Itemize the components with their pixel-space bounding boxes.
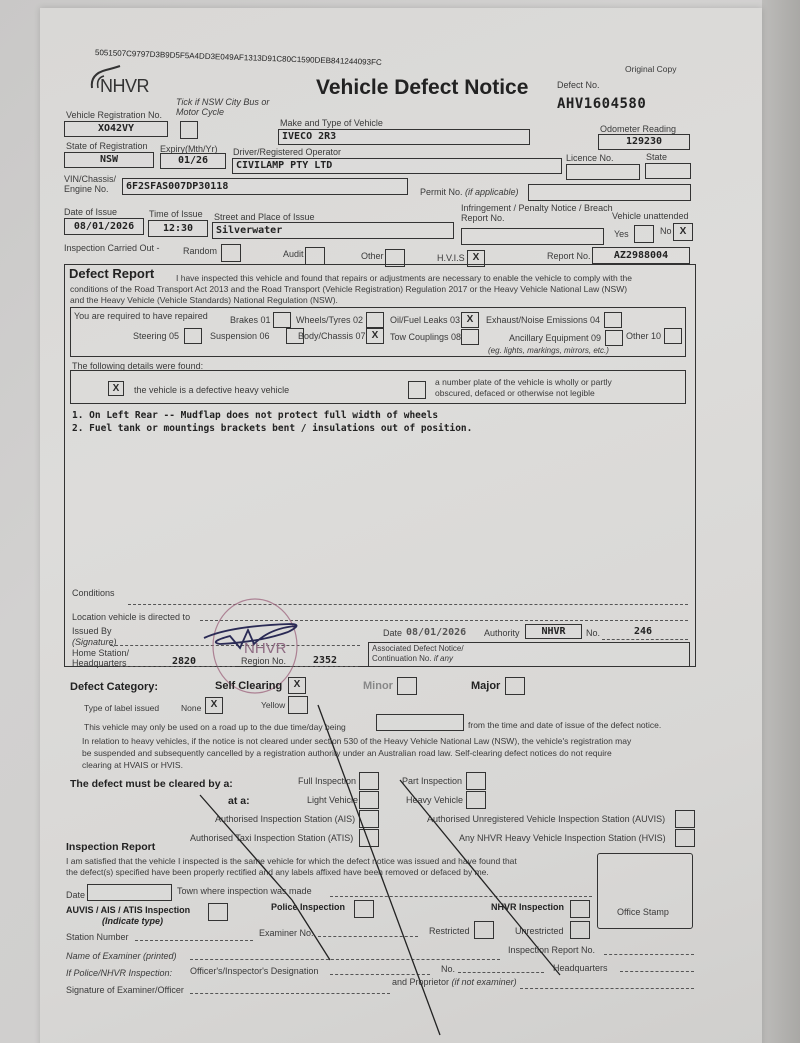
city-bus-checkbox[interactable] bbox=[180, 121, 198, 139]
police-inspection-label: Police Inspection bbox=[271, 902, 345, 912]
due-time-field[interactable] bbox=[376, 714, 464, 731]
self-clearing-label: Self Clearing bbox=[215, 680, 282, 692]
reg-field[interactable]: XO42VY bbox=[64, 121, 168, 137]
reg-label: Vehicle Registration No. bbox=[66, 110, 162, 120]
proprietor-line bbox=[520, 988, 694, 989]
repair-item-checkbox[interactable] bbox=[664, 328, 682, 344]
repair-item-label: Brakes 01 bbox=[230, 315, 271, 325]
defective-vehicle-label: the vehicle is a defective heavy vehicle bbox=[134, 385, 289, 395]
expiry-value: 01/26 bbox=[161, 154, 225, 168]
copy-label: Original Copy bbox=[625, 64, 677, 74]
repair-item-label: Body/Chassis 07 bbox=[298, 331, 366, 341]
hvis-station-checkbox[interactable] bbox=[675, 829, 695, 847]
licence-label: Licence No. bbox=[566, 153, 614, 163]
heavy-vehicle-label: Heavy Vehicle bbox=[406, 795, 463, 805]
due-text-2: from the time and date of issue of the d… bbox=[468, 720, 661, 730]
auvis-label: Authorised Unregistered Vehicle Inspecti… bbox=[427, 814, 665, 824]
time-issue-field[interactable]: 12:30 bbox=[148, 220, 208, 237]
inspection-label: Inspection Carried Out - bbox=[64, 243, 160, 253]
examiner-no-line bbox=[318, 936, 418, 937]
number-plate-label-2: obscured, defaced or otherwise not legib… bbox=[435, 388, 595, 398]
defect-no: AHV1604580 bbox=[557, 96, 646, 112]
inspection-report-title: Inspection Report bbox=[66, 841, 155, 853]
none-checkbox[interactable]: X bbox=[205, 697, 223, 714]
defective-vehicle-checkbox[interactable]: X bbox=[108, 381, 124, 396]
audit-label: Audit bbox=[283, 249, 304, 259]
assoc-notice-label-2: Continuation No. if any bbox=[372, 654, 453, 663]
time-issue-value: 12:30 bbox=[149, 221, 207, 236]
unrestricted-checkbox[interactable] bbox=[570, 921, 590, 939]
date-value: 08/01/2026 bbox=[406, 627, 466, 638]
unrestricted-label: Unrestricted bbox=[515, 926, 564, 936]
examiner-name-line bbox=[190, 959, 500, 960]
repair-item-checkbox[interactable] bbox=[604, 312, 622, 328]
headquarters-label: Headquarters bbox=[553, 963, 608, 973]
designation-label: Officer's/Inspector's Designation bbox=[190, 966, 318, 976]
repair-item-label: Oil/Fuel Leaks 03 bbox=[390, 315, 460, 325]
repair-item-checkbox[interactable]: X bbox=[366, 328, 384, 344]
hvis-label: H.V.I.S bbox=[437, 253, 465, 263]
driver-label: Driver/Registered Operator bbox=[233, 147, 341, 157]
number-plate-label-1: a number plate of the vehicle is wholly … bbox=[435, 377, 612, 387]
ancillary-note: (eg. lights, markings, mirrors, etc.) bbox=[488, 346, 609, 355]
number-plate-checkbox[interactable] bbox=[408, 381, 426, 399]
defect-intro-3: and the Heavy Vehicle (Vehicle Standards… bbox=[70, 295, 338, 305]
headquarters-line bbox=[620, 971, 694, 972]
issued-by-label: Issued By bbox=[72, 626, 112, 636]
random-checkbox[interactable] bbox=[221, 244, 241, 262]
full-inspection-label: Full Inspection bbox=[298, 776, 356, 786]
state-label: State bbox=[646, 152, 667, 162]
expiry-field[interactable]: 01/26 bbox=[160, 153, 226, 169]
date-issue-value: 08/01/2026 bbox=[65, 219, 143, 234]
nhvr-inspection-checkbox[interactable] bbox=[570, 900, 590, 918]
signature-scribble-icon bbox=[200, 618, 310, 658]
make-field[interactable]: IVECO 2R3 bbox=[278, 129, 530, 145]
audit-checkbox[interactable] bbox=[305, 247, 325, 265]
repair-item-label: Steering 05 bbox=[133, 331, 179, 341]
examiner-name-label: Name of Examiner (printed) bbox=[66, 951, 177, 961]
light-vehicle-checkbox[interactable] bbox=[359, 791, 379, 809]
no-line bbox=[602, 639, 688, 640]
examiner-signature-line bbox=[190, 993, 390, 994]
ais-checkbox[interactable] bbox=[359, 810, 379, 828]
heavy-vehicle-checkbox[interactable] bbox=[466, 791, 486, 809]
full-inspection-checkbox[interactable] bbox=[359, 772, 379, 790]
designation-no-label: No. bbox=[441, 964, 455, 974]
state-field[interactable] bbox=[645, 163, 691, 179]
legal-text-1: In relation to heavy vehicles, if the no… bbox=[82, 736, 631, 746]
unattended-yes-checkbox[interactable] bbox=[634, 225, 654, 243]
atis-label: Authorised Taxi Inspection Station (ATIS… bbox=[190, 833, 353, 843]
vin-value: 6F2SFAS007DP30118 bbox=[123, 179, 407, 194]
region-value: 2352 bbox=[313, 655, 337, 666]
station-number-label: Station Number bbox=[66, 932, 129, 942]
statement-1: I am satisfied that the vehicle I inspec… bbox=[66, 856, 517, 866]
driver-value: CIVILAMP PTY LTD bbox=[233, 159, 561, 173]
time-issue-label: Time of Issue bbox=[149, 209, 203, 219]
unattended-label: Vehicle unattended bbox=[612, 211, 689, 221]
legal-text-2: be suspended and subsequently cancelled … bbox=[82, 748, 612, 758]
odometer-value: 129230 bbox=[599, 135, 689, 149]
legal-text-3: clearing at HVAIS or HVIS. bbox=[82, 760, 183, 770]
defect-category-label: Defect Category: bbox=[70, 681, 158, 693]
conditions-label: Conditions bbox=[72, 588, 115, 598]
cleared-by-label: The defect must be cleared by a: bbox=[70, 778, 233, 790]
designation-line bbox=[330, 974, 430, 975]
inspection-date-label: Date bbox=[66, 890, 85, 900]
home-station-label: Home Station/ Headquarters bbox=[72, 648, 132, 668]
restricted-label: Restricted bbox=[429, 926, 470, 936]
inspection-date-field[interactable] bbox=[87, 884, 172, 901]
light-vehicle-label: Light Vehicle bbox=[307, 795, 358, 805]
authority-value: NHVR bbox=[526, 625, 581, 638]
nhvr-inspection-label: NHVR Inspection bbox=[491, 902, 564, 912]
random-label: Random bbox=[183, 246, 217, 256]
vin-label: VIN/Chassis/ Engine No. bbox=[64, 174, 124, 194]
make-value: IVECO 2R3 bbox=[279, 130, 529, 144]
due-text-1: This vehicle may only be used on a road … bbox=[84, 722, 346, 732]
defect-item-2: 2. Fuel tank or mountings brackets bent … bbox=[72, 423, 472, 434]
no-label: No bbox=[660, 226, 672, 236]
minor-checkbox[interactable] bbox=[397, 677, 417, 695]
office-stamp-box bbox=[597, 853, 693, 929]
defect-intro-2: conditions of the Road Transport Act 201… bbox=[70, 284, 627, 294]
authority-label: Authority bbox=[484, 628, 520, 638]
atis-checkbox[interactable] bbox=[359, 829, 379, 847]
report-no-field[interactable]: AZ2988004 bbox=[592, 247, 690, 264]
place-issue-value: Silverwater bbox=[213, 223, 453, 238]
odometer-label: Odometer Reading bbox=[600, 124, 676, 134]
place-issue-field[interactable]: Silverwater bbox=[212, 222, 454, 239]
at-label: at a: bbox=[228, 795, 250, 807]
other-label: Other bbox=[361, 251, 384, 261]
label-type-label: Type of label issued bbox=[84, 703, 159, 713]
town-line bbox=[330, 896, 592, 897]
auvis-inspection-checkbox[interactable] bbox=[208, 903, 228, 921]
none-label: None bbox=[181, 703, 201, 713]
defect-report-title: Defect Report bbox=[69, 266, 154, 281]
defect-item-1: 1. On Left Rear -- Mudflap does not prot… bbox=[72, 410, 438, 421]
date-label: Date bbox=[383, 628, 402, 638]
inspection-report-no-line bbox=[604, 954, 694, 955]
no-value: 246 bbox=[634, 626, 652, 637]
yellow-label: Yellow bbox=[261, 700, 285, 710]
no-label: No. bbox=[586, 628, 600, 638]
hvis-station-label: Any NHVR Heavy Vehicle Inspection Statio… bbox=[459, 833, 666, 843]
repair-item-checkbox[interactable] bbox=[184, 328, 202, 344]
assoc-notice-label-1: Associated Defect Notice/ bbox=[372, 644, 464, 653]
inspection-report-no-label: Inspection Report No. bbox=[508, 945, 595, 955]
odometer-field[interactable]: 129230 bbox=[598, 134, 690, 150]
report-no-label: Report No. bbox=[547, 251, 591, 261]
police-inspection-checkbox[interactable] bbox=[354, 900, 374, 918]
examiner-no-label: Examiner No. bbox=[259, 928, 314, 938]
repair-item-checkbox[interactable] bbox=[273, 312, 291, 328]
repair-item-label: Other 10 bbox=[626, 331, 661, 341]
police-nhvr-label: If Police/NHVR Inspection: bbox=[66, 968, 172, 978]
office-stamp-label: Office Stamp bbox=[617, 907, 669, 917]
repair-item-label: Exhaust/Noise Emissions 04 bbox=[486, 315, 600, 325]
examiner-signature-label: Signature of Examiner/Officer bbox=[66, 985, 184, 995]
background-edge bbox=[762, 0, 800, 1043]
date-issue-label: Date of Issue bbox=[64, 207, 117, 217]
major-label: Major bbox=[471, 680, 500, 692]
minor-label: Minor bbox=[363, 680, 393, 692]
major-checkbox[interactable] bbox=[505, 677, 525, 695]
page-title: Vehicle Defect Notice bbox=[316, 76, 528, 100]
repair-item-label: Ancillary Equipment 09 bbox=[509, 333, 601, 343]
statement-2: the defect(s) specified have been proper… bbox=[66, 867, 489, 877]
report-no-value: AZ2988004 bbox=[593, 248, 689, 263]
repair-item-checkbox[interactable] bbox=[366, 312, 384, 328]
reg-value: XO42VY bbox=[65, 122, 167, 136]
repair-item-checkbox[interactable]: X bbox=[461, 312, 479, 328]
permit-field[interactable] bbox=[528, 184, 691, 201]
designation-no-line bbox=[458, 972, 544, 973]
driver-field[interactable]: CIVILAMP PTY LTD bbox=[232, 158, 562, 174]
vin-field[interactable]: 6F2SFAS007DP30118 bbox=[122, 178, 408, 195]
yellow-checkbox[interactable] bbox=[288, 696, 308, 714]
restricted-checkbox[interactable] bbox=[474, 921, 494, 939]
repair-item-label: Tow Couplings 08 bbox=[390, 332, 461, 342]
place-issue-label: Street and Place of Issue bbox=[214, 212, 315, 222]
nhvr-logo: NHVR bbox=[100, 76, 149, 97]
unattended-no-checkbox[interactable]: X bbox=[673, 223, 693, 241]
yes-label: Yes bbox=[614, 229, 629, 239]
infringement-field[interactable] bbox=[461, 228, 604, 245]
repair-item-label: Suspension 06 bbox=[210, 331, 270, 341]
ais-label: Authorised Inspection Station (AIS) bbox=[215, 814, 355, 824]
region-line bbox=[290, 666, 358, 667]
auvis-checkbox[interactable] bbox=[675, 810, 695, 828]
town-label: Town where inspection was made bbox=[177, 886, 312, 896]
infringement-label: Infringement / Penalty Notice / Breach R… bbox=[461, 203, 621, 223]
part-inspection-label: Part Inspection bbox=[402, 776, 462, 786]
defect-no-label: Defect No. bbox=[557, 80, 600, 90]
repair-item-label: Wheels/Tyres 02 bbox=[296, 315, 363, 325]
station-number-line bbox=[135, 940, 253, 941]
location-label: Location vehicle is directed to bbox=[72, 612, 190, 622]
repair-item-checkbox[interactable] bbox=[605, 330, 623, 346]
repair-item-checkbox[interactable] bbox=[461, 329, 479, 345]
defect-intro-1: I have inspected this vehicle and found … bbox=[176, 273, 632, 283]
region-label: Region No. bbox=[241, 656, 286, 666]
auvis-inspection-label: AUVIS / AIS / ATIS Inspection bbox=[66, 905, 190, 915]
authority-field[interactable]: NHVR bbox=[525, 624, 582, 639]
indicate-type-label: (Indicate type) bbox=[102, 916, 163, 926]
city-bus-label: Tick if NSW City Bus or Motor Cycle bbox=[176, 97, 286, 117]
repair-label: You are required to have repaired bbox=[74, 311, 208, 321]
date-issue-field[interactable]: 08/01/2026 bbox=[64, 218, 144, 235]
home-station-line bbox=[120, 666, 235, 667]
licence-field[interactable] bbox=[566, 164, 640, 180]
permit-label: Permit No. (if applicable) bbox=[420, 187, 519, 197]
self-clearing-checkbox[interactable]: X bbox=[288, 677, 306, 694]
make-label: Make and Type of Vehicle bbox=[280, 118, 383, 128]
state-reg-label: State of Registration bbox=[66, 141, 148, 151]
state-reg-field[interactable]: NSW bbox=[64, 152, 154, 168]
state-reg-value: NSW bbox=[65, 153, 153, 167]
part-inspection-checkbox[interactable] bbox=[466, 772, 486, 790]
proprietor-label: and Proprietor (if not examiner) bbox=[392, 977, 517, 987]
